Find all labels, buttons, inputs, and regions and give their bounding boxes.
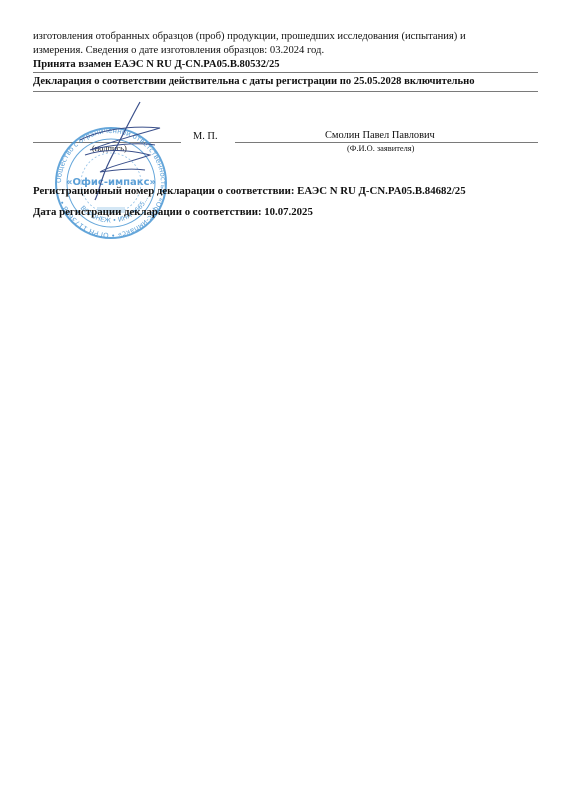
applicant-caption: (Ф.И.О. заявителя) — [347, 144, 414, 153]
document-page: изготовления отобранных образцов (проб) … — [0, 0, 565, 800]
paragraph-line-2: измерения. Сведения о дате изготовления … — [33, 44, 324, 57]
registration-number: Регистрационный номер декларации о соотв… — [33, 185, 466, 197]
divider-2 — [33, 91, 538, 92]
seal-label: М. П. — [193, 131, 218, 142]
paragraph-line-1: изготовления отобранных образцов (проб) … — [33, 30, 466, 43]
applicant-name-line — [235, 142, 538, 143]
applicant-name: Смолин Павел Павлович — [325, 130, 435, 141]
replaced-declaration: Принята взамен ЕАЭС N RU Д-CN.PA05.B.805… — [33, 58, 280, 71]
divider-1 — [33, 72, 538, 73]
validity-statement: Декларация о соответствии действительна … — [33, 75, 475, 88]
registration-date: Дата регистрации декларации о соответств… — [33, 206, 313, 218]
